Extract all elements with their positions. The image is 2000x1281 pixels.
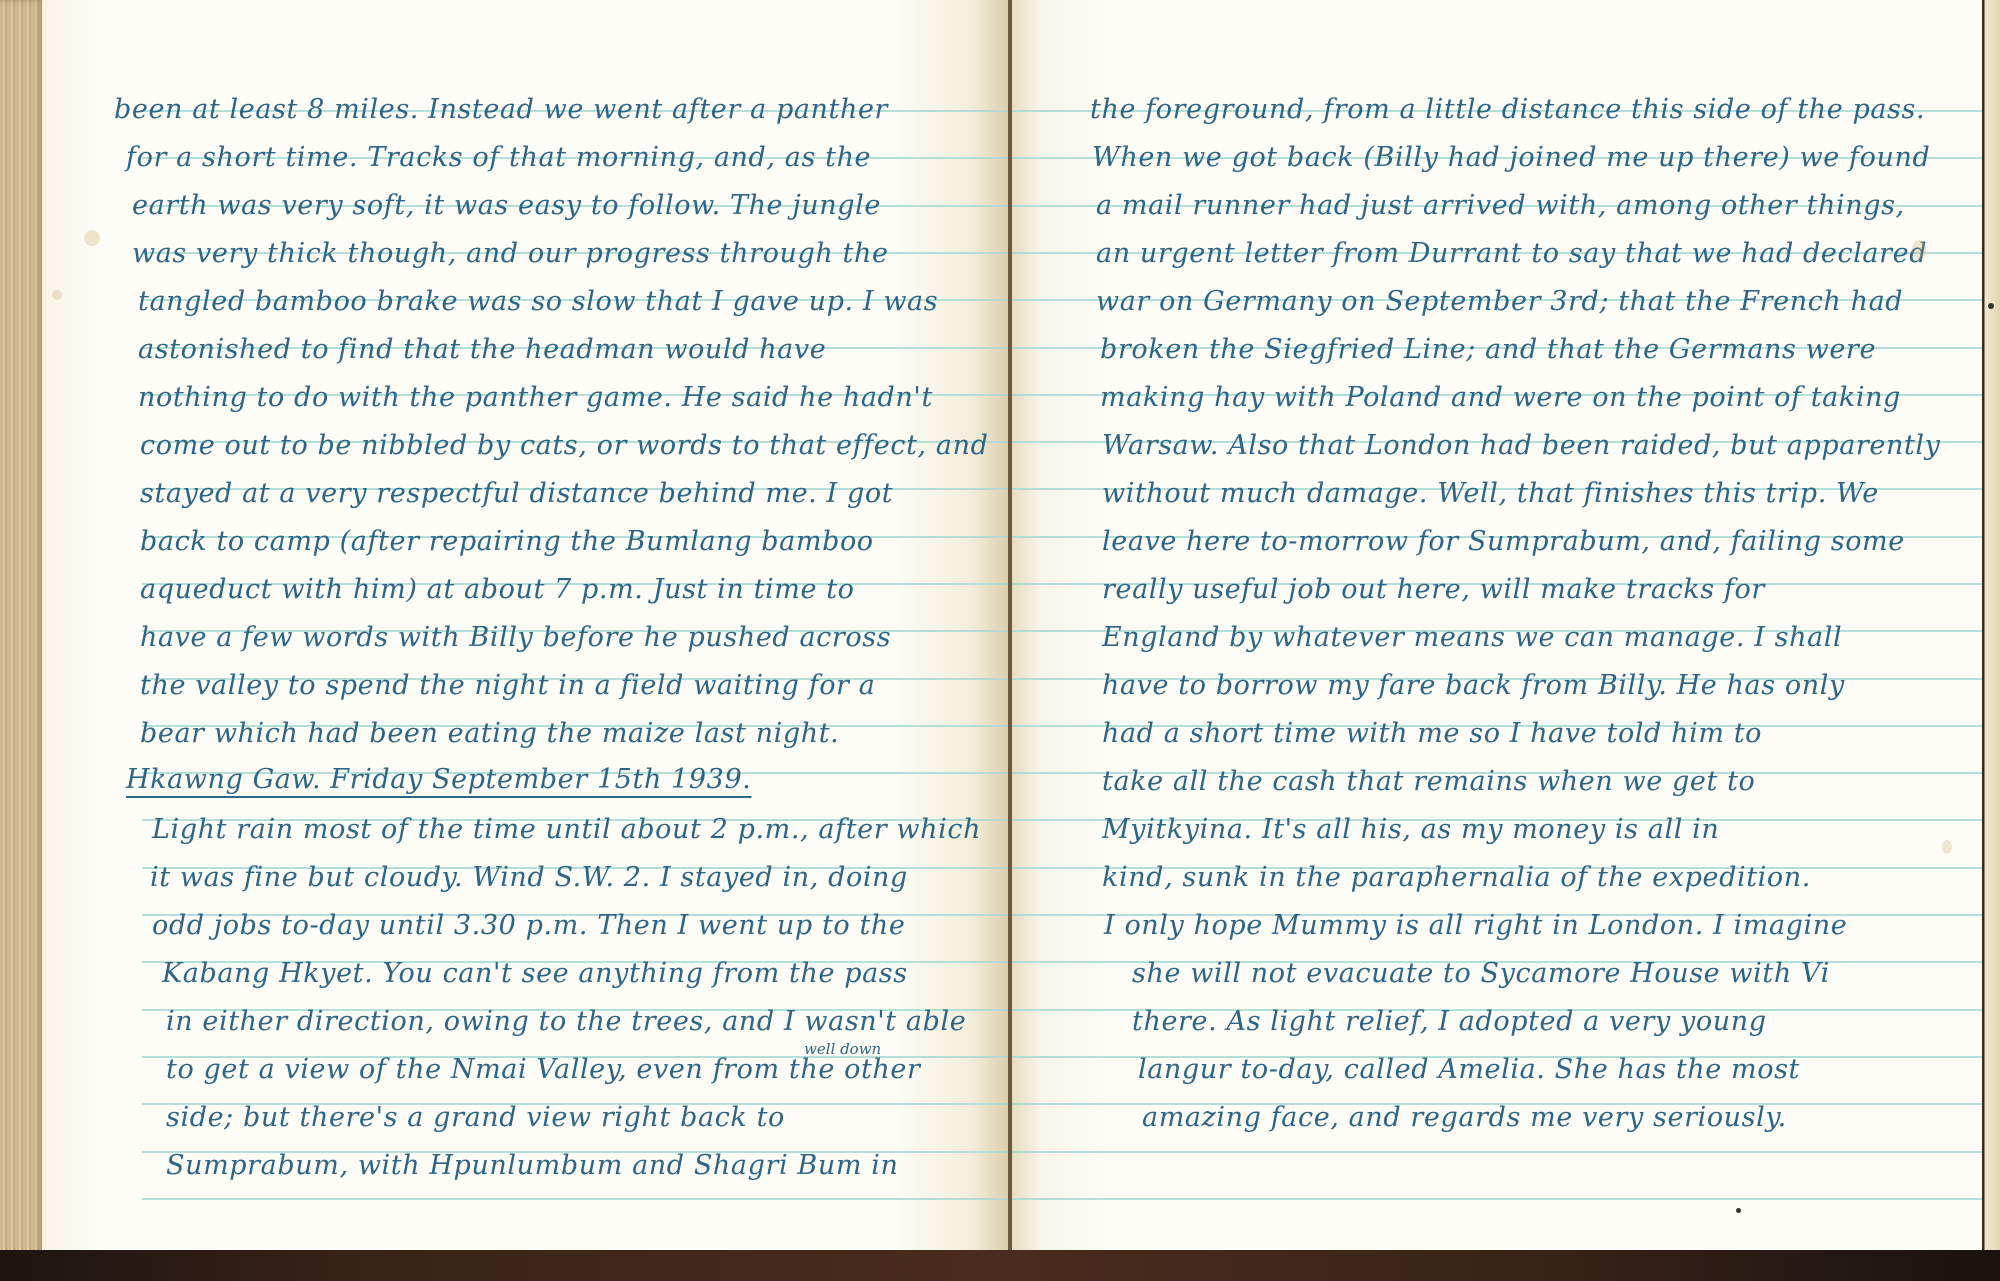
ruled-line — [1012, 1198, 1984, 1200]
paper-stain — [52, 290, 62, 300]
paper-stain — [1912, 240, 1926, 260]
diary-line: have to borrow my fare back from Billy. … — [1102, 672, 1845, 699]
right-page: the foreground, from a little distance t… — [1012, 0, 1984, 1252]
diary-line: odd jobs to-day until 3.30 p.m. Then I w… — [152, 912, 905, 939]
diary-line: langur to-day, called Amelia. She has th… — [1138, 1056, 1800, 1083]
diary-line: for a short time. Tracks of that morning… — [126, 144, 871, 171]
left-page: been at least 8 miles. Instead we went a… — [42, 0, 1010, 1252]
paper-stain — [84, 230, 100, 246]
diary-line: an urgent letter from Durrant to say tha… — [1096, 240, 1927, 267]
diary-line: been at least 8 miles. Instead we went a… — [114, 96, 888, 123]
diary-line: a mail runner had just arrived with, amo… — [1096, 192, 1905, 219]
diary-line: amazing face, and regards me very seriou… — [1142, 1104, 1787, 1131]
diary-line: aqueduct with him) at about 7 p.m. Just … — [140, 576, 855, 603]
diary-line: was very thick though, and our progress … — [132, 240, 889, 267]
page-edges-right — [1982, 0, 2000, 1252]
paper-stain — [1942, 840, 1952, 854]
diary-line: making hay with Poland and were on the p… — [1100, 384, 1901, 411]
diary-line: leave here to-morrow for Sumprabum, and,… — [1102, 528, 1905, 555]
diary-line: stayed at a very respectful distance beh… — [140, 480, 893, 507]
diary-line: in either direction, owing to the trees,… — [166, 1008, 966, 1035]
diary-line: Sumprabum, with Hpunlumbum and Shagri Bu… — [166, 1152, 898, 1179]
diary-line: Warsaw. Also that London had been raided… — [1102, 432, 1941, 459]
diary-line: to get a view of the Nmai Valley, even f… — [166, 1056, 921, 1083]
diary-line: come out to be nibbled by cats, or words… — [140, 432, 988, 459]
ink-dot — [1736, 1208, 1741, 1213]
diary-line: earth was very soft, it was easy to foll… — [132, 192, 881, 219]
diary-line: astonished to find that the headman woul… — [138, 336, 826, 363]
diary-line: Light rain most of the time until about … — [152, 816, 981, 843]
diary-line: kind, sunk in the paraphernalia of the e… — [1102, 864, 1811, 891]
diary-line: take all the cash that remains when we g… — [1102, 768, 1755, 795]
book-cover-bottom — [0, 1250, 2000, 1281]
ruled-line — [142, 1198, 1010, 1200]
diary-line: the valley to spend the night in a field… — [140, 672, 875, 699]
diary-line: England by whatever means we can manage.… — [1102, 624, 1842, 651]
diary-line: bear which had been eating the maize las… — [140, 720, 839, 747]
diary-line: she will not evacuate to Sycamore House … — [1132, 960, 1830, 987]
diary-line: broken the Siegfried Line; and that the … — [1100, 336, 1876, 363]
diary-line: without much damage. Well, that finishes… — [1102, 480, 1879, 507]
diary-line: had a short time with me so I have told … — [1102, 720, 1762, 747]
diary-line: really useful job out here, will make tr… — [1102, 576, 1765, 603]
diary-line: I only hope Mummy is all right in London… — [1104, 912, 1847, 939]
diary-line: Myitkyina. It's all his, as my money is … — [1102, 816, 1719, 843]
diary-line: the foreground, from a little distance t… — [1090, 96, 1925, 123]
diary-line: there. As light relief, I adopted a very… — [1132, 1008, 1767, 1035]
diary-line: When we got back (Billy had joined me up… — [1092, 144, 1930, 171]
open-diary-book: been at least 8 miles. Instead we went a… — [0, 0, 2000, 1281]
page-edges-left — [0, 0, 44, 1255]
diary-line: Kabang Hkyet. You can't see anything fro… — [162, 960, 908, 987]
diary-line: back to camp (after repairing the Bumlan… — [140, 528, 874, 555]
entry-heading: Hkawng Gaw. Friday September 15th 1939. — [126, 766, 751, 793]
ruled-line — [1012, 1151, 1984, 1153]
diary-line: have a few words with Billy before he pu… — [140, 624, 891, 651]
diary-line: side; but there's a grand view right bac… — [166, 1104, 785, 1131]
diary-line: tangled bamboo brake was so slow that I … — [138, 288, 938, 315]
diary-line: it was fine but cloudy. Wind S.W. 2. I s… — [150, 864, 908, 891]
diary-line: nothing to do with the panther game. He … — [138, 384, 933, 411]
ink-dot — [1988, 303, 1994, 309]
diary-line: war on Germany on September 3rd; that th… — [1096, 288, 1903, 315]
